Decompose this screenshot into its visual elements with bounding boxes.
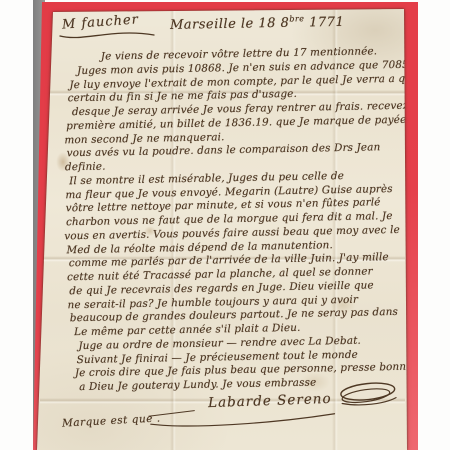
signature-block: Labarde Sereno bbox=[208, 388, 332, 411]
dateline-place-day: Marseille le 18 8 bbox=[170, 16, 290, 33]
photograph-of-1771-letter: M faucher Marseille le 18 8bre 1771 Je v… bbox=[0, 0, 450, 450]
annotation-flourish-icon bbox=[58, 26, 158, 42]
dateline-month-suffix: bre bbox=[289, 14, 304, 23]
signature-paraph-icon bbox=[335, 377, 400, 409]
letter-body: Je viens de recevoir vôtre lettre du 17 … bbox=[61, 45, 416, 395]
postscript-note: Marque est que . bbox=[62, 412, 161, 429]
letter-paper: M faucher Marseille le 18 8bre 1771 Je v… bbox=[0, 0, 450, 450]
dateline-year: 1771 bbox=[309, 15, 344, 31]
dateline: Marseille le 18 8bre 1771 bbox=[170, 13, 345, 32]
